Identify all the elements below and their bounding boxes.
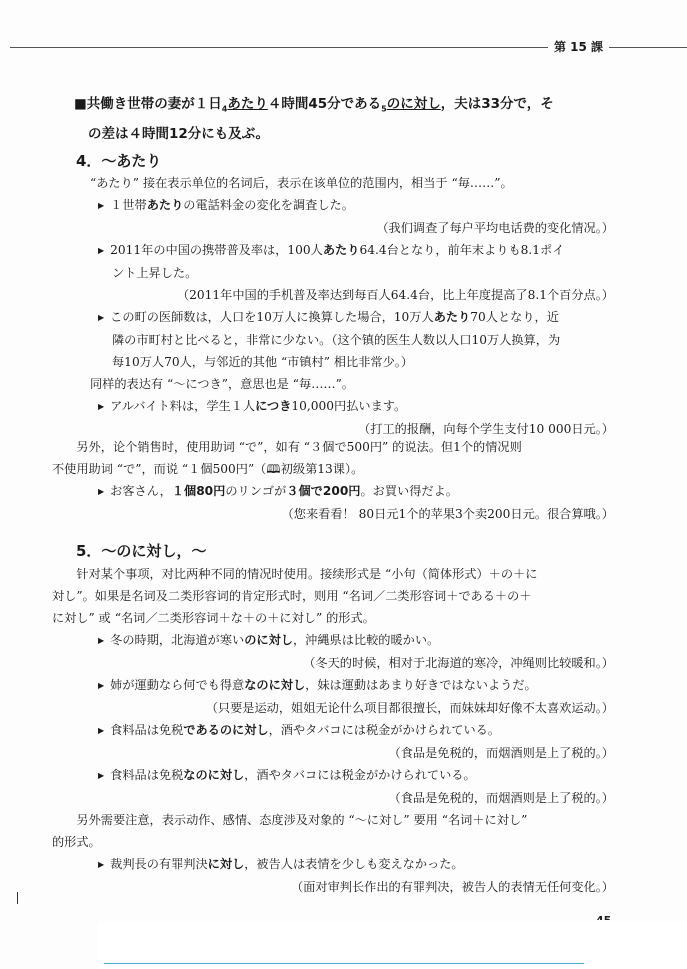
triangle-bullet-icon: ▶ [98,481,104,503]
example-item: ▶アルバイト料は，学生１人につき10,000円払います。 [90,395,614,418]
section-5-title: 5．～のに対し，～ [76,540,206,561]
example-text: 10,000円払います。 [291,399,406,413]
running-header: 第 15 課 [10,40,687,54]
section-5-explanation: に対し” 或 “名词／二类形容词＋な＋の＋に対し” 的形式。 [52,607,614,629]
example-item: ▶食料品は免税なのに対し，酒やタバコには税金がかけられている。 [52,764,614,787]
example-keyword: ３個で200円 [286,484,360,498]
lead-text-line2: の差は４時間12分にも及ぶ。 [74,122,614,147]
example-text: お客さん， [110,484,172,498]
example-text: この町の医師数は，人口を10万人に換算した場合，10万人 [110,310,434,324]
example-text: 。お買い得だよ。 [361,484,459,498]
example-item: ▶１世帯あたりの電話料金の変化を調査した。 [90,194,614,217]
example-translation: （食品是免税的，而烟酒则是上了税的。） [52,787,614,809]
example-text: 冬の時期，北海道が寒い [110,633,244,647]
example-keyword: につき [255,399,291,413]
example-keyword: あたり [323,243,360,257]
example-keyword: あたり [147,198,184,212]
example-text: ，被告人は表情を少しも変えなかった。 [244,857,463,871]
note-text: 另外需要注意，表示动作、感情、态度涉及对象的 “～に対し” 要用 “名词＋に対し… [52,809,614,831]
section-5-explanation: 针对某个事项，对比两种不同的情况时使用。接续形式是 “小句（简体形式）＋の＋に [52,563,614,585]
example-translation: （只要是运动，姐姐无论什么项目都很擅长，而妹妹却好像不太喜欢运动。） [52,697,614,719]
example-item: ▶この町の医師数は，人口を10万人に換算した場合，10万人あたり70人となり，近 [90,306,614,329]
example-text: ，酒やタバコには税金がかけられている。 [269,723,500,737]
example-text: 2011年の中国の携帯普及率は，100人 [110,243,323,257]
example-translation: （冬天的时候，相对于北海道的寒冷，冲绳则比较暖和。） [52,652,614,674]
example-keyword: に対し [208,857,245,871]
example-text: のリンゴが [225,484,286,498]
example-text: ，酒やタバコには税金がかけられている。 [244,768,475,782]
example-text: ，沖縄県は比較的暖かい。 [293,633,439,647]
example-text: 姉が運動なら何でも得意 [110,678,244,692]
example-keyword: なのに対し [183,768,244,782]
example-text: 70人となり，近 [470,310,559,324]
example-translation: （面对审判长作出的有罪判决，被告人的表情无任何变化。） [52,876,614,898]
example-text: の電話料金の変化を調査した。 [183,198,354,212]
note-text: 的形式。 [52,831,614,853]
lead-text: ■共働き世帯の妻が１日 [74,96,222,112]
example-item: ▶冬の時期，北海道が寒いのに対し，沖縄県は比較的暖かい。 [52,629,614,652]
example-text: 食料品は免税 [110,768,183,782]
page-number: 45 [596,914,611,920]
section-4-title: 4．～あたり [76,150,161,171]
example-text: アルバイト料は，学生１人 [110,399,255,413]
example-item: ▶2011年の中国の携帯普及率は，100人あたり64.4台となり，前年末よりも8… [90,239,614,262]
example-keyword: のに対し [244,633,293,647]
example-continuation: 每10万人70人，与邻近的其他 “市镇村” 相比非常少。） [90,351,614,373]
example-item: ▶姉が運動なら何でも得意なのに対し，妹は運動はあまり好きではないようだ。 [52,674,614,697]
example-keyword: なのに対し [244,678,305,692]
example-text: ，妹は運動はあまり好きではないようだ。 [305,678,537,692]
bottom-blue-rule [104,963,584,964]
example-item: ▶食料品は免税であるのに対し，酒やタバコには税金がかけられている。 [52,719,614,742]
triangle-bullet-icon: ▶ [98,396,104,418]
lesson-label: 第 15 課 [548,40,609,54]
example-item: ▶裁判長の有罪判決に対し，被告人は表情を少しも変えなかった。 [52,853,614,876]
example-translation: （我们调查了每户平均电话费的变化情况。） [90,217,614,239]
example-text: 食料品は免税 [110,723,183,737]
triangle-bullet-icon: ▶ [98,240,104,262]
section-5-explanation: 対し”。如果是名词及二类形容词的肯定形式时，则用 “名词／二类形容词＋である＋の… [52,585,614,607]
triangle-bullet-icon: ▶ [98,854,104,876]
example-text: １世帯 [110,198,147,212]
example-keyword: であるのに対し [183,723,268,737]
example-translation: （食品是免税的，而烟酒则是上了税的。） [52,742,614,764]
scan-margin-mark [17,892,18,904]
section-4-note: 另外，论个销售时，使用助词 “で”，如有 “３個で500円” 的说法。但1个的情… [52,436,614,525]
example-keyword: あたり [434,310,471,324]
triangle-bullet-icon: ▶ [98,720,104,742]
triangle-bullet-icon: ▶ [98,765,104,787]
triangle-bullet-icon: ▶ [98,307,104,329]
example-translation: （您来看看！ 80日元1个的苹果3个卖200日元。很合算哦。） [52,503,614,525]
underlined-noni-taishi: のに対し [387,96,441,112]
footer-blank-area [98,922,687,969]
lead-sentence: ■共働き世帯の妻が１日4あたり４時間45分である5のに対し，夫は33分で，そ の… [74,92,614,147]
lead-text: ，夫は33分で，そ [441,96,554,112]
note-text: 不使用助词 “で”，而说 “１個500円”（🕮初级第13课）。 [52,458,614,480]
triangle-bullet-icon: ▶ [98,675,104,697]
example-text: 64.4台となり，前年末よりも8.1ポイ [359,243,564,257]
example-continuation: ント上昇した。 [90,262,614,284]
lead-text: ４時間45分である [268,96,381,112]
similar-expression-note: 同样的表达有 “～につき”，意思也是 “毎……”。 [90,373,614,395]
example-keyword: １個80円 [172,484,226,498]
section-4-body: “あたり” 接在表示单位的名词后，表示在该单位的范围内，相当于 “毎……”。 ▶… [90,172,614,440]
example-translation: （2011年中国的手机普及率达到每百人64.4台，比上年度提高了8.1个百分点。… [90,284,614,306]
section-5-body: 针对某个事项，对比两种不同的情况时使用。接续形式是 “小句（简体形式）＋の＋に … [52,563,614,898]
example-text: 裁判長の有罪判決 [110,857,208,871]
note-text: 另外，论个销售时，使用助词 “で”，如有 “３個で500円” 的说法。但1个的情… [52,436,614,458]
triangle-bullet-icon: ▶ [98,630,104,652]
example-item: ▶お客さん，１個80円のリンゴが３個で200円。お買い得だよ。 [52,480,614,503]
section-4-explanation: “あたり” 接在表示单位的名词后，表示在该单位的范围内，相当于 “毎……”。 [90,172,614,194]
underlined-atari: あたり [227,96,268,112]
triangle-bullet-icon: ▶ [98,195,104,217]
example-continuation: 隣の市町村と比べると，非常に少ない。（这个镇的医生人数以人口10万人换算，为 [90,329,614,351]
